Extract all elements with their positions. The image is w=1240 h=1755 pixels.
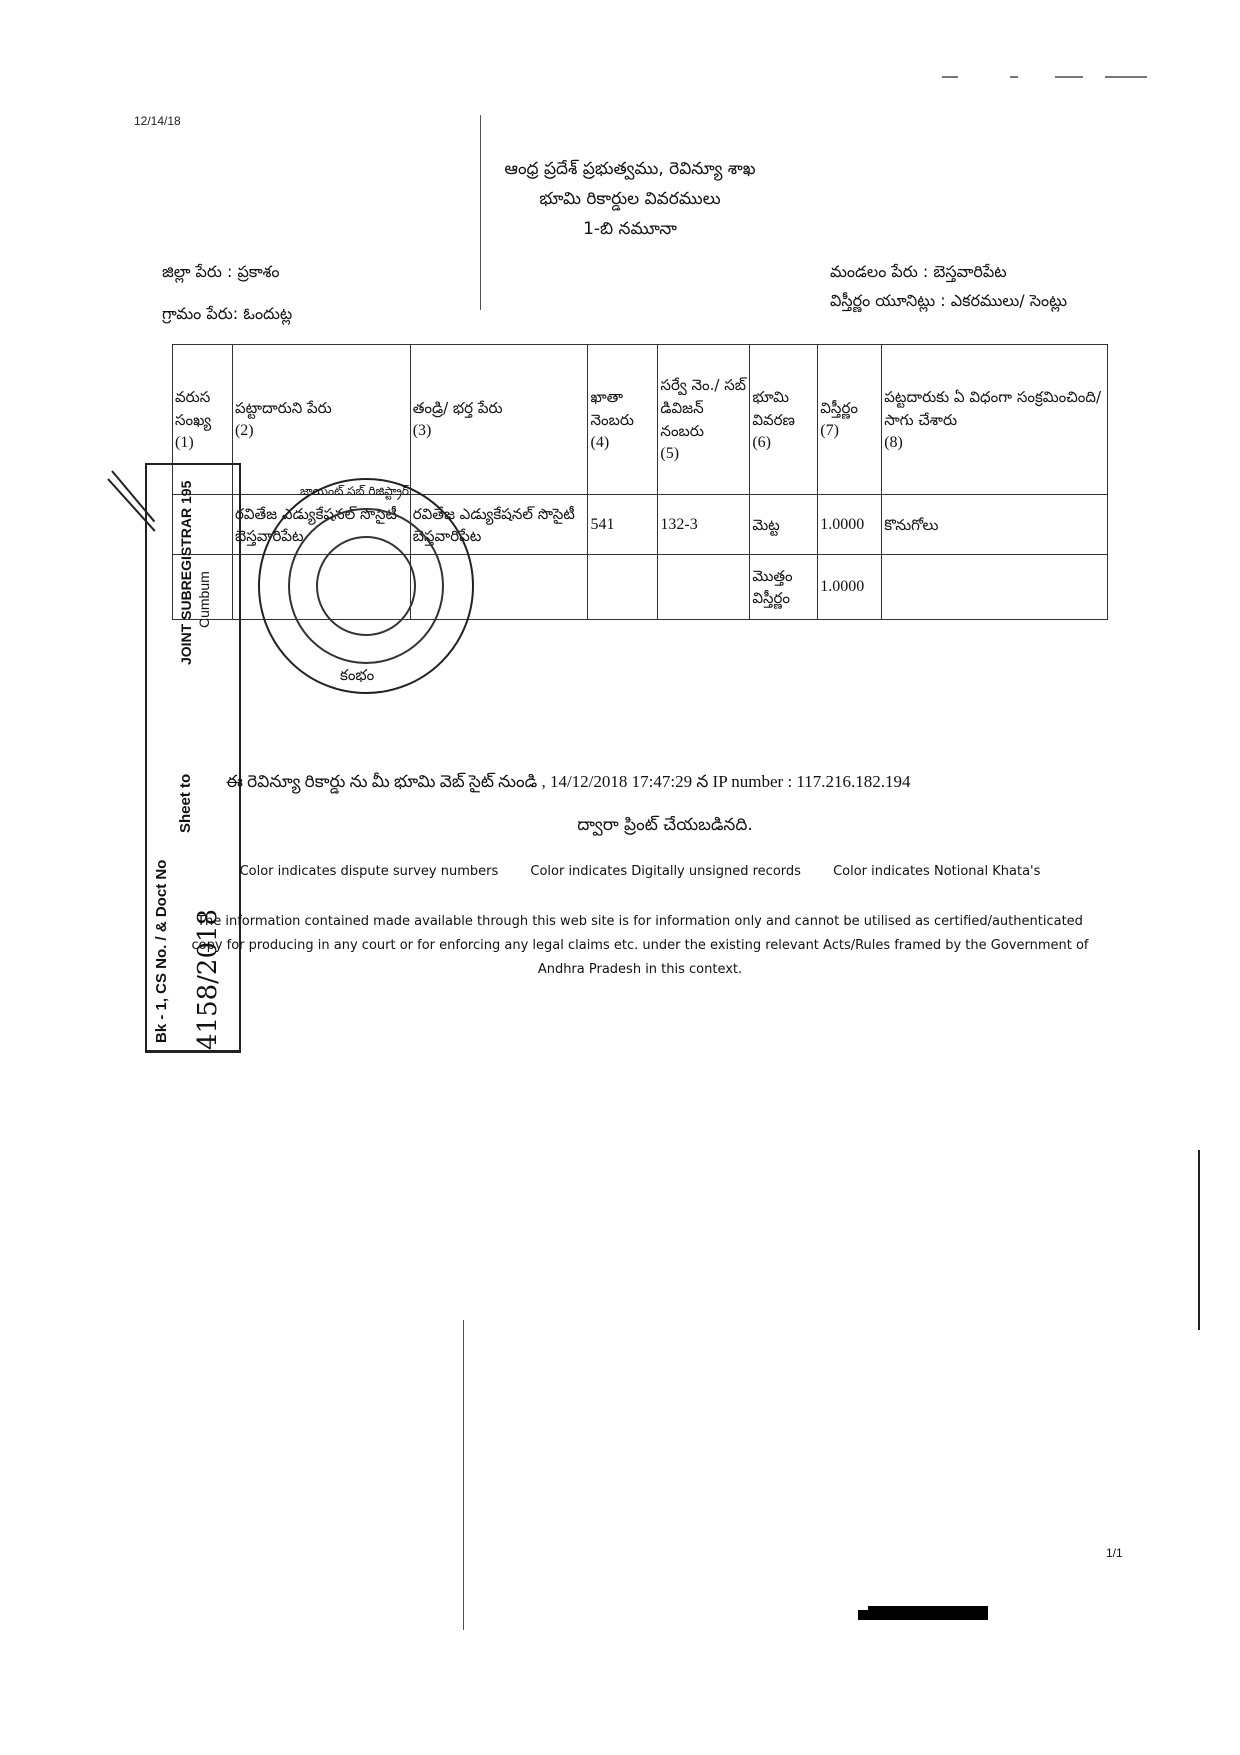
scan-mark	[942, 76, 958, 78]
seal-bottom-text: కంభం	[340, 666, 374, 688]
redaction-bar	[868, 1606, 988, 1620]
disclaimer: The information contained made available…	[180, 910, 1100, 982]
total-label: మొత్తం విస్తీర్ణం	[750, 555, 818, 620]
cell-extent: 1.0000	[818, 495, 882, 555]
col-father-husband-name: తండ్రి/ భర్త పేరు(3)	[410, 345, 588, 495]
col-pattadar-name: పట్టాదారుని పేరు(2)	[232, 345, 410, 495]
scan-mark	[1105, 76, 1147, 78]
scan-fold-line	[463, 1320, 464, 1630]
district-name: జిల్లా పేరు : ప్రకాశం	[162, 262, 280, 285]
mandal-name: మండలం పేరు : బెస్తవారిపేట	[830, 262, 1007, 285]
endorsement-line1: Bk - 1, CS No. / & Doct No	[153, 860, 170, 1043]
page-number: 1/1	[1106, 1546, 1123, 1560]
legend-dispute: Color indicates dispute survey numbers	[240, 864, 499, 879]
print-info: ఈ రెవిన్యూ రికార్డు ను మీ భూమి వెబ్ సైట్…	[226, 772, 911, 796]
print-date: 12/14/18	[134, 114, 181, 128]
col-land-type: భూమి వివరణ(6)	[750, 345, 818, 495]
cell-acquisition: కొనుగోలు	[882, 495, 1108, 555]
scan-mark	[1055, 76, 1083, 78]
color-legend: Color indicates dispute survey numbers C…	[180, 862, 1100, 882]
area-units: విస్తీర్ణం యూనిట్లు : ఎకరములు/ సెంట్లు	[830, 290, 1100, 312]
title-government: ఆంధ్ర ప్రదేశ్ ప్రభుత్వము, రెవిన్యూ శాఖ	[430, 154, 830, 184]
village-name: గ్రామం పేరు: ఓందుట్ల	[162, 304, 292, 327]
official-seal: జాయింట్ సబ్ రిజిస్ట్రార్ కంభం	[258, 478, 474, 694]
endorsement-line2: Sheet to	[177, 774, 194, 833]
legend-unsigned: Color indicates Digitally unsigned recor…	[530, 864, 801, 879]
col-acquisition: పట్టదారుకు ఏ విధంగా సంక్రమించింది/ సాగు …	[882, 345, 1108, 495]
print-info-line2: ద్వారా ప్రింట్ చేయబడినది.	[230, 815, 1100, 839]
col-khata-number: ఖాతా నెంబరు(4)	[588, 345, 658, 495]
seal-top-text: జాయింట్ సబ్ రిజిస్ట్రార్	[300, 484, 409, 501]
table-header-row: వరుస సంఖ్య(1) పట్టాదారుని పేరు(2) తండ్రి…	[173, 345, 1108, 495]
cell-khata-number: 541	[588, 495, 658, 555]
legend-notional: Color indicates Notional Khata's	[833, 864, 1040, 879]
title-land-records: భూమి రికార్డుల వివరములు	[430, 184, 830, 214]
scan-edge-line	[1198, 1150, 1200, 1330]
redaction-bar	[858, 1610, 870, 1620]
title-form: 1-బి నమూనా	[430, 214, 830, 244]
cell-land-type: మెట్ట	[750, 495, 818, 555]
document-title: ఆంధ్ర ప్రదేశ్ ప్రభుత్వము, రెవిన్యూ శాఖ భ…	[430, 154, 830, 244]
registrar-name: JOINT SUBREGISTRAR 195	[178, 481, 194, 665]
cell-survey-number: 132-3	[658, 495, 750, 555]
registrar-office: Cumbum	[196, 571, 212, 628]
col-survey-number: సర్వే నెం./ సబ్ డివిజన్ నంబరు(5)	[658, 345, 750, 495]
col-extent: విస్తీర్ణం(7)	[818, 345, 882, 495]
scan-mark	[1010, 76, 1018, 78]
total-value: 1.0000	[818, 555, 882, 620]
